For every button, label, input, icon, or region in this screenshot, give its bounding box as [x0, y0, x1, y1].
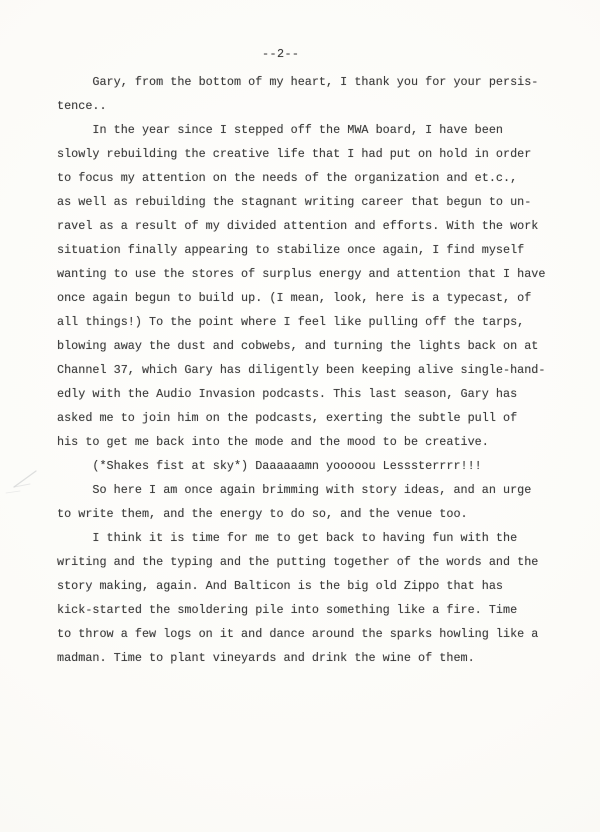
- text-line: all things!) To the point where I feel l…: [57, 310, 562, 334]
- text-line: ravel as a result of my divided attentio…: [57, 214, 562, 238]
- text-line: situation finally appearing to stabilize…: [57, 238, 562, 262]
- text-line: asked me to join him on the podcasts, ex…: [57, 406, 562, 430]
- text-line: edly with the Audio Invasion podcasts. T…: [57, 382, 562, 406]
- page-number: --2--: [262, 47, 299, 61]
- text-line: I think it is time for me to get back to…: [57, 526, 562, 550]
- text-line: story making, again. And Balticon is the…: [57, 574, 562, 598]
- text-line: kick-started the smoldering pile into so…: [57, 598, 562, 622]
- paper-page: --2-- Gary, from the bottom of my heart,…: [0, 0, 600, 832]
- text-line: Gary, from the bottom of my heart, I tha…: [57, 70, 562, 94]
- text-line: to write them, and the energy to do so, …: [57, 502, 562, 526]
- text-line: madman. Time to plant vineyards and drin…: [57, 646, 562, 670]
- text-line: to throw a few logs on it and dance arou…: [57, 622, 562, 646]
- text-line: Channel 37, which Gary has diligently be…: [57, 358, 562, 382]
- text-line: (*Shakes fist at sky*) Daaaaaamn yooooou…: [57, 454, 562, 478]
- text-line: wanting to use the stores of surplus ene…: [57, 262, 562, 286]
- text-line: to focus my attention on the needs of th…: [57, 166, 562, 190]
- text-line: writing and the typing and the putting t…: [57, 550, 562, 574]
- text-line: once again begun to build up. (I mean, l…: [57, 286, 562, 310]
- text-line: So here I am once again brimming with st…: [57, 478, 562, 502]
- text-line: as well as rebuilding the stagnant writi…: [57, 190, 562, 214]
- text-line: In the year since I stepped off the MWA …: [57, 118, 562, 142]
- text-line: blowing away the dust and cobwebs, and t…: [57, 334, 562, 358]
- letter-body: Gary, from the bottom of my heart, I tha…: [57, 70, 562, 670]
- text-line: slowly rebuilding the creative life that…: [57, 142, 562, 166]
- text-line: tence..: [57, 94, 562, 118]
- pencil-scratch-mark: [0, 458, 56, 506]
- text-line: his to get me back into the mode and the…: [57, 430, 562, 454]
